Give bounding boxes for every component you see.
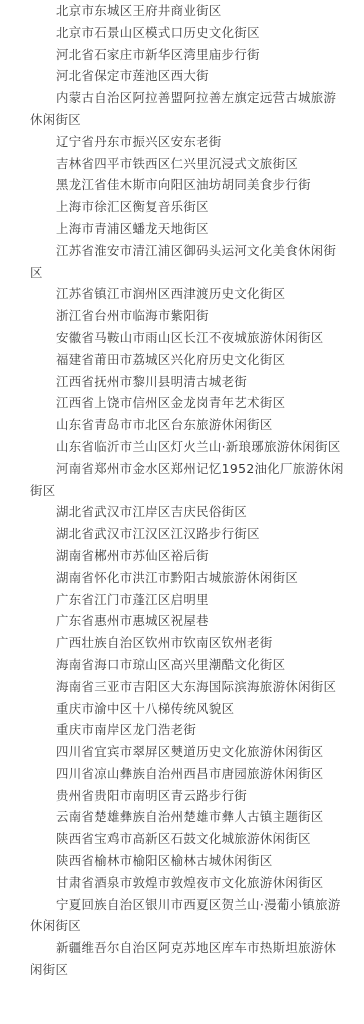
list-item: 重庆市渝中区十八梯传统风貌区 <box>30 698 348 720</box>
list-item: 江西省抚州市黎川县明清古城老街 <box>30 371 348 393</box>
list-item: 四川省宜宾市翠屏区僰道历史文化旅游休闲街区 <box>30 741 348 763</box>
list-item: 湖北省武汉市江汉区江汉路步行街区 <box>30 523 348 545</box>
list-item: 辽宁省丹东市振兴区安东老街 <box>30 131 348 153</box>
list-item: 河北省石家庄市新华区湾里庙步行街 <box>30 44 348 66</box>
list-item: 黑龙江省佳木斯市向阳区油坊胡同美食步行街 <box>30 174 348 196</box>
list-item: 河南省郑州市金水区郑州记忆1952油化厂旅游休闲街区 <box>30 458 348 502</box>
list-item: 陕西省宝鸡市高新区石鼓文化城旅游休闲街区 <box>30 828 348 850</box>
list-item: 新疆维吾尔自治区阿克苏地区库车市热斯坦旅游休闲街区 <box>30 937 348 981</box>
list-item: 上海市青浦区蟠龙天地街区 <box>30 218 348 240</box>
list-item: 北京市石景山区模式口历史文化街区 <box>30 22 348 44</box>
list-item: 山东省青岛市市北区台东旅游休闲街区 <box>30 414 348 436</box>
list-item: 广东省惠州市惠城区祝屋巷 <box>30 610 348 632</box>
list-item: 广西壮族自治区钦州市钦南区钦州老街 <box>30 632 348 654</box>
list-item: 江苏省淮安市清江浦区御码头运河文化美食休闲街区 <box>30 240 348 284</box>
list-item: 北京市东城区王府井商业街区 <box>30 0 348 22</box>
list-item: 云南省楚雄彝族自治州楚雄市彝人古镇主题街区 <box>30 806 348 828</box>
list-item: 吉林省四平市铁西区仁兴里沉浸式文旅街区 <box>30 153 348 175</box>
list-item: 内蒙古自治区阿拉善盟阿拉善左旗定远营古城旅游休闲街区 <box>30 87 348 131</box>
list-item: 安徽省马鞍山市雨山区长江不夜城旅游休闲街区 <box>30 327 348 349</box>
list-item: 宁夏回族自治区银川市西夏区贺兰山·漫葡小镇旅游休闲街区 <box>30 894 348 938</box>
list-item: 海南省三亚市吉阳区大东海国际滨海旅游休闲街区 <box>30 676 348 698</box>
list-item: 四川省凉山彝族自治州西昌市唐园旅游休闲街区 <box>30 763 348 785</box>
list-item: 河北省保定市莲池区西大街 <box>30 65 348 87</box>
list-item: 湖南省郴州市苏仙区裕后街 <box>30 545 348 567</box>
list-item: 重庆市南岸区龙门浩老街 <box>30 719 348 741</box>
list-item: 广东省江门市蓬江区启明里 <box>30 589 348 611</box>
list-item: 江西省上饶市信州区金龙岗青年艺术街区 <box>30 392 348 414</box>
list-item: 湖北省武汉市江岸区吉庆民俗街区 <box>30 501 348 523</box>
list-item: 贵州省贵阳市南明区青云路步行街 <box>30 785 348 807</box>
list-item: 甘肃省酒泉市敦煌市敦煌夜市文化旅游休闲街区 <box>30 872 348 894</box>
list-item: 江苏省镇江市润州区西津渡历史文化街区 <box>30 283 348 305</box>
list-item: 湖南省怀化市洪江市黔阳古城旅游休闲街区 <box>30 567 348 589</box>
street-district-list: 北京市东城区王府井商业街区北京市石景山区模式口历史文化街区河北省石家庄市新华区湾… <box>0 0 364 981</box>
list-item: 山东省临沂市兰山区灯火兰山·新琅琊旅游休闲街区 <box>30 436 348 458</box>
list-item: 海南省海口市琼山区高兴里潮酷文化街区 <box>30 654 348 676</box>
list-item: 陕西省榆林市榆阳区榆林古城休闲街区 <box>30 850 348 872</box>
list-item: 浙江省台州市临海市紫阳街 <box>30 305 348 327</box>
list-item: 福建省莆田市荔城区兴化府历史文化街区 <box>30 349 348 371</box>
list-item: 上海市徐汇区衡复音乐街区 <box>30 196 348 218</box>
